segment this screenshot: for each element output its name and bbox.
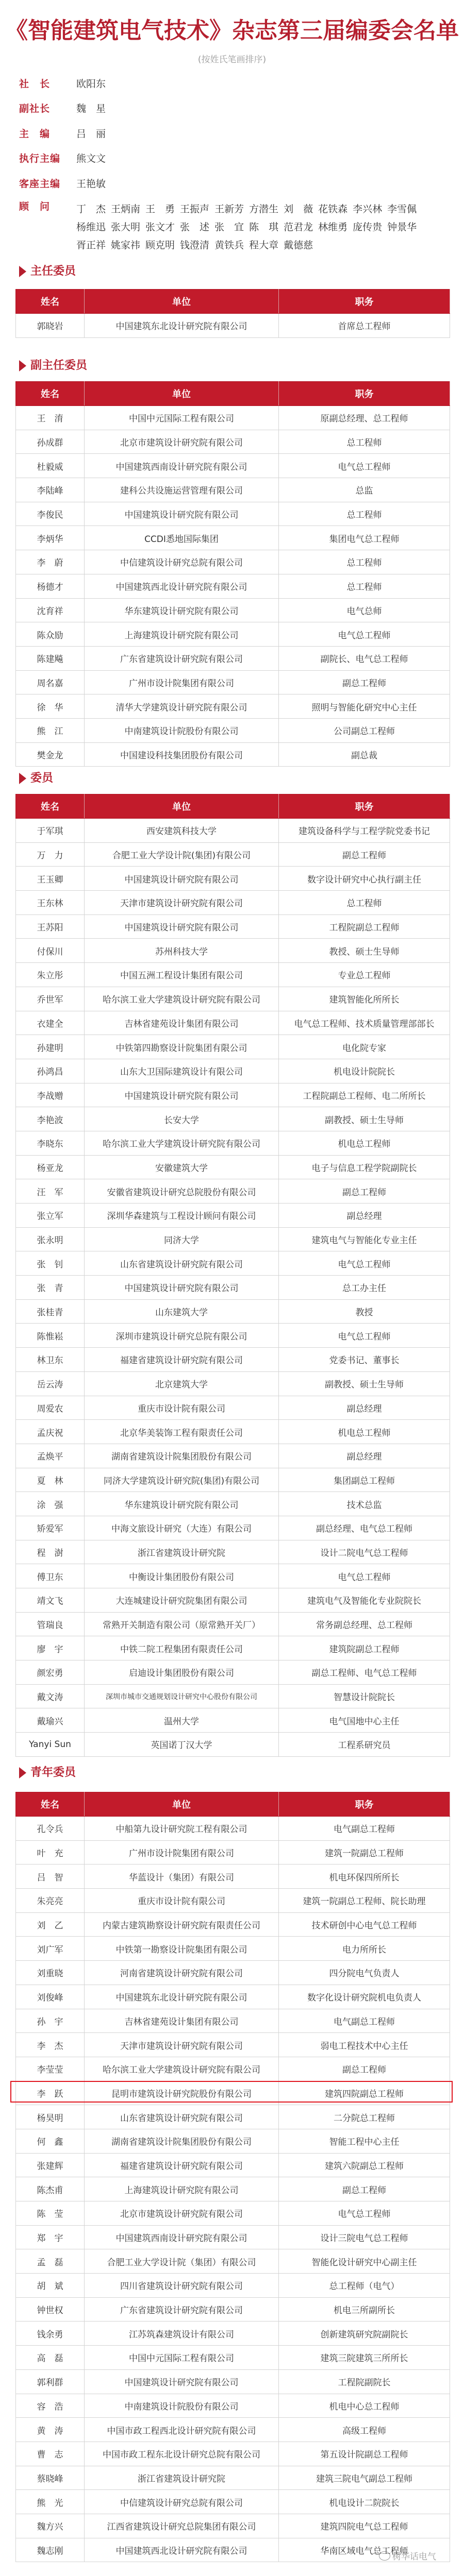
cell-name: 张桂青: [16, 1299, 85, 1324]
table-row: 陈 莹北京市建筑设计研究院有限公司电气总工程师: [16, 2201, 450, 2226]
column-header-position: 职务: [279, 382, 450, 406]
cell-position: 总工程师: [279, 891, 450, 915]
table-row: 樊金龙中国建设科技集团股份有限公司副总裁: [16, 742, 450, 767]
cell-unit: 重庆市设计院有限公司: [85, 1889, 279, 1913]
cell-name: 颜宏勇: [16, 1660, 85, 1685]
cell-name: 熊 光: [16, 2490, 85, 2514]
table-row: 李 跃昆明市建筑设计研究院股份有限公司建筑四院副总工程师: [16, 2081, 450, 2105]
advisor-name: 钟景华: [387, 218, 417, 236]
cell-unit: 中信建筑设计研究总院有限公司: [85, 2490, 279, 2514]
cell-name: 陈 莹: [16, 2201, 85, 2226]
cell-unit: 江苏筑森建筑设计有限公司: [85, 2321, 279, 2346]
advisor-name: 钱澄清: [180, 236, 209, 255]
cell-unit: 哈尔滨工业大学建筑设计研究院有限公司: [85, 2057, 279, 2081]
advisor-name: 陈 琪: [249, 218, 278, 236]
table-row: 孙成群北京市建筑设计研究院有限公司总工程师: [16, 430, 450, 454]
cell-position: 机电三所副所长: [279, 2297, 450, 2321]
cell-position: 副总工程师: [279, 2057, 450, 2081]
cell-unit: 中船第九设计研究院工程有限公司: [85, 1817, 279, 1841]
cell-name: 何 鑫: [16, 2129, 85, 2153]
cell-unit: 苏州科技大学: [85, 939, 279, 963]
cell-position: 总监: [279, 478, 450, 502]
cell-name: 王玉卿: [16, 867, 85, 891]
cell-name: 岳云涛: [16, 1371, 85, 1396]
table-row: 叶 充广州市设计院集团有限公司建筑一院副总工程师: [16, 1840, 450, 1865]
cell-name: 陈杰甫: [16, 2177, 85, 2201]
cell-unit: 浙江省建筑设计研究院: [85, 1540, 279, 1564]
vice-director-table: 姓名单位职务王 淯中国中元国际工程有限公司原副总经理、总工程师孙成群北京市建筑设…: [15, 381, 450, 767]
cell-name: 叶 充: [16, 1840, 85, 1865]
cell-unit: 中海文旅设计研究（大连）有限公司: [85, 1516, 279, 1540]
table-row: 夏 林同济大学建筑设计研究院(集团)有限公司集团副总工程师: [16, 1468, 450, 1492]
cell-position: 创新建筑研究院副院长: [279, 2321, 450, 2346]
table-row: 魏方兴江西省建筑设计研究总院集团有限公司建筑四院电气总工程师: [16, 2514, 450, 2538]
table-row: 蔡晓峰浙江省建筑设计研究院建筑三院电气副总工程师: [16, 2466, 450, 2490]
watermark: 树华话电气: [379, 2549, 436, 2562]
advisor-name: 黄铁兵: [214, 236, 244, 255]
cell-position: 电气总工程师: [279, 1251, 450, 1276]
cell-unit: 中国市政工程西北设计研究院有限公司: [85, 2418, 279, 2442]
cell-unit: 江西省建筑设计研究总院集团有限公司: [85, 2514, 279, 2538]
cell-unit: 重庆市设计院有限公司: [85, 1396, 279, 1420]
cell-name: 郑 宇: [16, 2225, 85, 2249]
table-row: 黄 涛中国市政工程西北设计研究院有限公司高级工程师: [16, 2418, 450, 2442]
cell-name: 郭利群: [16, 2369, 85, 2394]
advisor-name: 庞传贵: [353, 218, 382, 236]
cell-position: 教授: [279, 1299, 450, 1324]
cell-name: 杜毅威: [16, 454, 85, 478]
cell-position: 机电设计二院院长: [279, 2490, 450, 2514]
table-row: 王苏阳中国建筑设计研究院有限公司工程院副总工程师: [16, 914, 450, 939]
cell-unit: 四川省建筑设计研究院有限公司: [85, 2274, 279, 2298]
table-row: 熊 光中信建筑设计研究总院有限公司机电设计二院院长: [16, 2490, 450, 2514]
cell-unit: 福建省建筑设计研究院有限公司: [85, 2153, 279, 2177]
role-label: 主 编: [19, 125, 71, 143]
cell-position: 电化院专家: [279, 1035, 450, 1059]
cell-name: 汪 军: [16, 1179, 85, 1204]
page-title: 《智能建筑电气技术》杂志第三届编委会名单: [0, 18, 464, 44]
cell-unit: 华东建筑设计研究院有限公司: [85, 1492, 279, 1516]
cell-name: 李俊民: [16, 502, 85, 526]
section-heading-vice-directors: 副主任委员: [19, 357, 87, 375]
table-row: 李莹莹哈尔滨工业大学建筑设计研究院有限公司副总工程师: [16, 2057, 450, 2081]
table-row: Yanyi Sun英国诺丁汉大学工程系研究员: [16, 1733, 450, 1757]
role-label: 执行主编: [19, 150, 71, 167]
column-header-name: 姓名: [16, 382, 85, 406]
table-row: 杨昊明山东省建筑设计研究院有限公司二分院总工程师: [16, 2105, 450, 2129]
cell-position: 副总工程师: [279, 842, 450, 867]
cell-unit: 中国五洲工程设计集团有限公司: [85, 963, 279, 987]
cell-unit: 昆明市建筑设计研究院股份有限公司: [85, 2081, 279, 2105]
section-title: 副主任委员: [30, 357, 87, 375]
table-row: 杨德才中国建筑西北设计研究院有限公司总工程师: [16, 574, 450, 598]
table-row: 孙建明中铁第四勘察设计院集团有限公司电化院专家: [16, 1035, 450, 1059]
cell-position: 建筑一院副总工程师、院长助理: [279, 1889, 450, 1913]
table-row: 张立军深圳华森建筑与工程设计顾问有限公司副总经理: [16, 1204, 450, 1228]
table-row: 颜宏勇启迪设计集团股份有限公司副总工程师、电气总工程师: [16, 1660, 450, 1685]
cell-name: 孙 宇: [16, 2009, 85, 2033]
table-row: 郑 宇中国建筑西南设计研究院有限公司设计三院电气总工程师: [16, 2225, 450, 2249]
cell-unit: 安徽省建筑设计研究总院股份有限公司: [85, 1179, 279, 1204]
cell-name: 熊 江: [16, 718, 85, 742]
advisor-name: 林维勇: [318, 218, 347, 236]
director-table: 姓名单位职务郭晓岩中国建筑东北设计研究院有限公司首席总工程师: [15, 289, 450, 338]
cell-position: 工程系研究员: [279, 1733, 450, 1757]
cell-name: 乔世军: [16, 987, 85, 1011]
cell-unit: 中铁第一勘察设计院集团有限公司: [85, 1937, 279, 1961]
table-row: 郭晓岩中国建筑东北设计研究院有限公司首席总工程师: [16, 314, 450, 338]
table-row: 朱立彤中国五洲工程设计集团有限公司专业总工程师: [16, 963, 450, 987]
cell-name: 陈众励: [16, 622, 85, 647]
role-president: 社 长 欧阳东: [19, 75, 452, 93]
table-row: 李俊民中国建筑设计研究院有限公司总工程师: [16, 502, 450, 526]
table-row: 李艳波长安大学副教授、硕士生导师: [16, 1107, 450, 1131]
cell-name: 李炳华: [16, 526, 85, 550]
cell-unit: 吉林省建苑设计集团有限公司: [85, 2009, 279, 2033]
cell-name: 管瑞良: [16, 1612, 85, 1636]
cell-position: 四分院电气负责人: [279, 1961, 450, 1985]
cell-unit: 湖南省建筑设计院集团股份有限公司: [85, 1444, 279, 1468]
table-row: 刘重晓河南省建筑设计研究院有限公司四分院电气负责人: [16, 1961, 450, 1985]
role-value: 吕 丽: [76, 125, 106, 143]
cell-unit: 中国建筑设计研究院有限公司: [85, 1276, 279, 1300]
cell-name: 涂 强: [16, 1492, 85, 1516]
cell-unit: 中国中元国际工程有限公司: [85, 2346, 279, 2370]
cell-unit: 北京华美装饰工程有限责任公司: [85, 1420, 279, 1444]
table-row: 管瑞良常熟开关制造有限公司（原常熟开关厂）常务副总经理、总工程师: [16, 1612, 450, 1636]
cell-name: 曹 志: [16, 2442, 85, 2466]
table-row: 林卫东福建省建筑设计研究院有限公司党委书记、董事长: [16, 1348, 450, 1372]
cell-unit: 哈尔滨工业大学建筑设计研究院有限公司: [85, 1131, 279, 1155]
cell-position: 数字化设计研究院机电负责人: [279, 1985, 450, 2009]
cell-position: 二分院总工程师: [279, 2105, 450, 2129]
sort-note: (按姓氏笔画排序): [0, 54, 464, 66]
cell-name: 王东林: [16, 891, 85, 915]
table-row: 徐 华清华大学建筑设计研究院有限公司照明与智能化研究中心主任: [16, 694, 450, 719]
cell-unit: 中衡设计集团股份有限公司: [85, 1564, 279, 1588]
cell-unit: 广州市设计院集团有限公司: [85, 670, 279, 694]
table-row: 孙 宇吉林省建苑设计集团有限公司电气副总工程师: [16, 2009, 450, 2033]
cell-position: 集团电气总工程师: [279, 526, 450, 550]
cell-unit: 哈尔滨工业大学建筑设计研究院有限公司: [85, 987, 279, 1011]
cell-unit: 长安大学: [85, 1107, 279, 1131]
table-row: 容 浩中南建筑设计院股份有限公司机电中心总工程师: [16, 2394, 450, 2418]
advisor-name: 刘 薇: [284, 200, 313, 218]
cell-position: 总工办主任: [279, 1276, 450, 1300]
cell-position: 建筑院副总工程师: [279, 1636, 450, 1660]
cell-name: 李 杰: [16, 2033, 85, 2057]
cell-name: 林卫东: [16, 1348, 85, 1372]
cell-position: 机电中心总工程师: [279, 2394, 450, 2418]
advisor-name: 张大明: [111, 218, 140, 236]
cell-name: 樊金龙: [16, 742, 85, 767]
role-label: 顾 问: [19, 198, 71, 215]
cell-unit: 大连城建设计研究院集团有限公司: [85, 1588, 279, 1613]
cell-name: 陈建飚: [16, 646, 85, 670]
cell-position: 副教授、硕士生导师: [279, 1371, 450, 1396]
role-editor-in-chief: 主 编 吕 丽: [19, 125, 452, 143]
cell-unit: 中国建筑西北设计研究院有限公司: [85, 2538, 279, 2562]
cell-name: 朱亮亮: [16, 1889, 85, 1913]
cell-position: 建筑三院建筑三所所长: [279, 2346, 450, 2370]
table-row: 程 澍浙江省建筑设计研究院设计二院电气总工程师: [16, 1540, 450, 1564]
section-title: 青年委员: [30, 1764, 76, 1782]
cell-position: 高级工程师: [279, 2418, 450, 2442]
advisor-name: 王炳南: [111, 200, 140, 218]
cell-name: 付保川: [16, 939, 85, 963]
advisor-name: 顾克明: [145, 236, 175, 255]
cell-unit: 中国建筑设计研究院有限公司: [85, 914, 279, 939]
advisor-name: 王 勇: [145, 200, 175, 218]
table-row: 王玉卿中国建筑设计研究院有限公司数字设计研究中心执行副主任: [16, 867, 450, 891]
cell-name: 廖 宇: [16, 1636, 85, 1660]
cell-unit: 合肥工业大学设计院(集团)有限公司: [85, 842, 279, 867]
cell-position: 建筑电气与智能化专业主任: [279, 1227, 450, 1251]
table-row: 孙鸿昌山东大卫国际建筑设计有限公司机电设计院院长: [16, 1059, 450, 1083]
cell-unit: 中国建筑西南设计研究院有限公司: [85, 2225, 279, 2249]
table-row: 张 青中国建筑设计研究院有限公司总工办主任: [16, 1276, 450, 1300]
cell-unit: 北京建筑大学: [85, 1371, 279, 1396]
cell-name: 李莹莹: [16, 2057, 85, 2081]
table-row: 刘 乙内蒙古建筑勘察设计研究院有限责任公司技术研创中心电气总工程师: [16, 1912, 450, 1937]
table-row: 戴瑜兴温州大学电气国地中心主任: [16, 1708, 450, 1733]
cell-position: 常务副总经理、总工程师: [279, 1612, 450, 1636]
cell-name: 黄 涛: [16, 2418, 85, 2442]
section-heading-director: 主任委员: [19, 263, 76, 280]
table-header-row: 姓名单位职务: [16, 794, 450, 819]
cell-position: 电子与信息工程学院副院长: [279, 1155, 450, 1179]
cell-name: 李陆峰: [16, 478, 85, 502]
table-row: 胡 斌四川省建筑设计研究院有限公司总工程师（电气）: [16, 2274, 450, 2298]
cell-name: 于军琪: [16, 819, 85, 843]
advisor-name: 花铁森: [318, 200, 347, 218]
cell-unit: 建科公共设施运营管理有限公司: [85, 478, 279, 502]
cell-position: 电气总师: [279, 598, 450, 622]
section-title: 委员: [30, 770, 53, 787]
cell-position: 集团副总工程师: [279, 1468, 450, 1492]
cell-position: 工程院副院长: [279, 2369, 450, 2394]
cell-unit: 西安建筑科技大学: [85, 819, 279, 843]
cell-name: 周爱农: [16, 1396, 85, 1420]
cell-position: 副总工程师: [279, 2177, 450, 2201]
table-row: 万 力合肥工业大学设计院(集团)有限公司副总工程师: [16, 842, 450, 867]
cell-position: 技术研创中心电气总工程师: [279, 1912, 450, 1937]
cell-position: 电气总工程师: [279, 1564, 450, 1588]
table-row: 孟庆祝北京华美装饰工程有限责任公司机电总工程师: [16, 1420, 450, 1444]
cell-position: 总工程师: [279, 574, 450, 598]
table-row: 熊 江中南建筑设计院股份有限公司公司副总工程师: [16, 718, 450, 742]
cell-unit: 中南建筑设计院股份有限公司: [85, 2394, 279, 2418]
cell-unit: 中国建筑设计研究院有限公司: [85, 502, 279, 526]
cell-name: 刘广军: [16, 1937, 85, 1961]
advisor-name: 程大章: [249, 236, 278, 255]
cell-position: 建筑设备科学与工程学院党委书记: [279, 819, 450, 843]
table-row: 钟世权广东省建筑设计研究院有限公司机电三所副所长: [16, 2297, 450, 2321]
cell-position: 副总裁: [279, 742, 450, 767]
advisor-name: 李雪佩: [387, 200, 417, 218]
cell-name: 钱余勇: [16, 2321, 85, 2346]
cell-name: 靖文飞: [16, 1588, 85, 1613]
cell-name: 朱立彤: [16, 963, 85, 987]
advisor-name: 方潜生: [249, 200, 278, 218]
cell-name: 容 浩: [16, 2394, 85, 2418]
cell-unit: 山东省建筑设计研究院有限公司: [85, 1251, 279, 1276]
cell-unit: 中国建筑设计研究院有限公司: [85, 867, 279, 891]
table-row: 陈建飚广东省建筑设计研究院有限公司副院长、电气总工程师: [16, 646, 450, 670]
role-label: 客座主编: [19, 175, 71, 193]
triangle-bullet-icon: [19, 1767, 26, 1778]
cell-position: 第五设计院副总工程师: [279, 2442, 450, 2466]
table-row: 张建辉福建省建筑设计研究院有限公司建筑六院副总工程师: [16, 2153, 450, 2177]
cell-position: 建筑六院副总工程师: [279, 2153, 450, 2177]
cell-name: 沈育祥: [16, 598, 85, 622]
cell-position: 建筑四院副总工程师: [279, 2081, 450, 2105]
cell-name: 孔令兵: [16, 1817, 85, 1841]
table-row: 于军琪西安建筑科技大学建筑设备科学与工程学院党委书记: [16, 819, 450, 843]
cell-name: Yanyi Sun: [16, 1733, 85, 1757]
cell-name: 魏志刚: [16, 2538, 85, 2562]
cell-name: 杨德才: [16, 574, 85, 598]
table-row: 岳云涛北京建筑大学副教授、硕士生导师: [16, 1371, 450, 1396]
role-vice-president: 副社长 魏 星: [19, 100, 452, 117]
table-header-row: 姓名单位职务: [16, 290, 450, 314]
cell-unit: 吉林省建苑设计集团有限公司: [85, 1011, 279, 1035]
table-row: 矫爱军中海文旅设计研究（大连）有限公司副总经理、电气总工程师: [16, 1516, 450, 1540]
watermark-text: 树华话电气: [392, 2549, 436, 2562]
table-header-row: 姓名单位职务: [16, 1792, 450, 1817]
cell-position: 副总工程师: [279, 1179, 450, 1204]
cell-unit: 合肥工业大学设计院（集团）有限公司: [85, 2249, 279, 2274]
table-row: 付保川苏州科技大学教授、硕士生导师: [16, 939, 450, 963]
role-value: 熊文文: [76, 150, 106, 167]
cell-position: 电气总工程师: [279, 622, 450, 647]
cell-name: 杨昊明: [16, 2105, 85, 2129]
cell-position: 副总经理: [279, 1204, 450, 1228]
role-value: 王艳敏: [76, 175, 106, 193]
cell-name: 魏方兴: [16, 2514, 85, 2538]
cell-position: 机电设计院院长: [279, 1059, 450, 1083]
cell-name: 钟世权: [16, 2297, 85, 2321]
cell-unit: CCDI悉地国际集团: [85, 526, 279, 550]
cell-name: 刘重晓: [16, 1961, 85, 1985]
cell-unit: 中国中元国际工程有限公司: [85, 406, 279, 430]
cell-name: 程 澍: [16, 1540, 85, 1564]
table-header-row: 姓名单位职务: [16, 382, 450, 406]
table-row: 刘广军中铁第一勘察设计院集团有限公司电力所所长: [16, 1937, 450, 1961]
column-header-unit: 单位: [85, 794, 279, 819]
column-header-unit: 单位: [85, 382, 279, 406]
cell-position: 技术总监: [279, 1492, 450, 1516]
table-row: 张永明同济大学建筑电气与智能化专业主任: [16, 1227, 450, 1251]
cell-unit: 常熟开关制造有限公司（原常熟开关厂）: [85, 1612, 279, 1636]
cell-unit: 英国诺丁汉大学: [85, 1733, 279, 1757]
cell-unit: 中铁二院工程集团有限责任公司: [85, 1636, 279, 1660]
cell-unit: 深圳华森建筑与工程设计顾问有限公司: [85, 1204, 279, 1228]
triangle-bullet-icon: [19, 773, 26, 784]
cell-name: 张 钊: [16, 1251, 85, 1276]
cell-name: 傅卫东: [16, 1564, 85, 1588]
cell-position: 电力所所长: [279, 1937, 450, 1961]
table-row: 陈惟崧深圳市建筑设计研究总院有限公司电气总工程师: [16, 1324, 450, 1348]
cell-unit: 华东建筑设计研究院有限公司: [85, 598, 279, 622]
cell-name: 矫爱军: [16, 1516, 85, 1540]
cell-unit: 浙江省建筑设计研究院: [85, 2466, 279, 2490]
cell-unit: 中国市政工程东北设计研究总院有限公司: [85, 2442, 279, 2466]
triangle-bullet-icon: [19, 360, 26, 371]
cell-unit: 启迪设计集团股份有限公司: [85, 1660, 279, 1685]
cell-position: 副总经理: [279, 1396, 450, 1420]
column-header-position: 职务: [279, 290, 450, 314]
cell-unit: 同济大学: [85, 1227, 279, 1251]
role-label: 社 长: [19, 75, 71, 93]
cell-name: 孙鸿昌: [16, 1059, 85, 1083]
table-row: 戴文涛深圳市城市交通规划设计研究中心股份有限公司智慧设计院院长: [16, 1684, 450, 1708]
cell-unit: 内蒙古建筑勘察设计研究院有限责任公司: [85, 1912, 279, 1937]
table-row: 陈众励上海建筑设计研究院有限公司电气总工程师: [16, 622, 450, 647]
cell-name: 万 力: [16, 842, 85, 867]
cell-unit: 华蓝设计（集团）有限公司: [85, 1865, 279, 1889]
column-header-unit: 单位: [85, 1792, 279, 1817]
cell-name: 吕 智: [16, 1865, 85, 1889]
column-header-name: 姓名: [16, 794, 85, 819]
column-header-position: 职务: [279, 794, 450, 819]
cell-unit: 中国建筑西北设计研究院有限公司: [85, 574, 279, 598]
table-row: 曹 志中国市政工程东北设计研究总院有限公司第五设计院副总工程师: [16, 2442, 450, 2466]
cell-position: 电气副总工程师: [279, 1817, 450, 1841]
advisor-name: 王振声: [180, 200, 209, 218]
advisor-name: 戴德慈: [284, 236, 313, 255]
cell-name: 张建辉: [16, 2153, 85, 2177]
cell-name: 李 跃: [16, 2081, 85, 2105]
advisor-name: 杨维迅: [76, 218, 106, 236]
cell-unit: 清华大学建筑设计研究院有限公司: [85, 694, 279, 719]
cell-position: 电气总工程师、技术质量管理部部长: [279, 1011, 450, 1035]
table-row: 衣建全吉林省建苑设计集团有限公司电气总工程师、技术质量管理部部长: [16, 1011, 450, 1035]
table-row: 汪 军安徽省建筑设计研究总院股份有限公司副总工程师: [16, 1179, 450, 1204]
role-label: 副社长: [19, 100, 71, 117]
cell-unit: 中国建筑东北设计研究院有限公司: [85, 1985, 279, 2009]
cell-name: 孟 磊: [16, 2249, 85, 2274]
cell-unit: 天津市建筑设计研究院有限公司: [85, 2033, 279, 2057]
cell-unit: 广东省建筑设计研究院有限公司: [85, 646, 279, 670]
cell-position: 教授、硕士生导师: [279, 939, 450, 963]
cell-unit: 中南建筑设计院股份有限公司: [85, 718, 279, 742]
cell-position: 副教授、硕士生导师: [279, 1107, 450, 1131]
table-row: 刘俊峰中国建筑东北设计研究院有限公司数字化设计研究院机电负责人: [16, 1985, 450, 2009]
cell-name: 孟焕平: [16, 1444, 85, 1468]
column-header-unit: 单位: [85, 290, 279, 314]
cell-name: 陈惟崧: [16, 1324, 85, 1348]
table-row: 廖 宇中铁二院工程集团有限责任公司建筑院副总工程师: [16, 1636, 450, 1660]
cell-position: 设计二院电气总工程师: [279, 1540, 450, 1564]
role-executive-editor: 执行主编 熊文文: [19, 150, 452, 167]
table-row: 乔世军哈尔滨工业大学建筑设计研究院有限公司建筑智能化所所长: [16, 987, 450, 1011]
cell-position: 工程院副总工程师: [279, 914, 450, 939]
table-row: 张桂青山东建筑大学教授: [16, 1299, 450, 1324]
cell-unit: 上海建筑设计研究院有限公司: [85, 622, 279, 647]
section-heading-members: 委员: [19, 770, 53, 787]
cell-position: 机电总工程师: [279, 1131, 450, 1155]
cell-position: 数字设计研究中心执行副主任: [279, 867, 450, 891]
table-row: 朱亮亮重庆市设计院有限公司建筑一院副总工程师、院长助理: [16, 1889, 450, 1913]
advisor-name: 范君龙: [284, 218, 313, 236]
cell-position: 智能工程中心主任: [279, 2129, 450, 2153]
cell-position: 副总工程师: [279, 670, 450, 694]
cell-name: 蔡晓峰: [16, 2466, 85, 2490]
section-title: 主任委员: [30, 263, 76, 280]
cell-name: 郭晓岩: [16, 314, 85, 338]
cell-name: 张立军: [16, 1204, 85, 1228]
